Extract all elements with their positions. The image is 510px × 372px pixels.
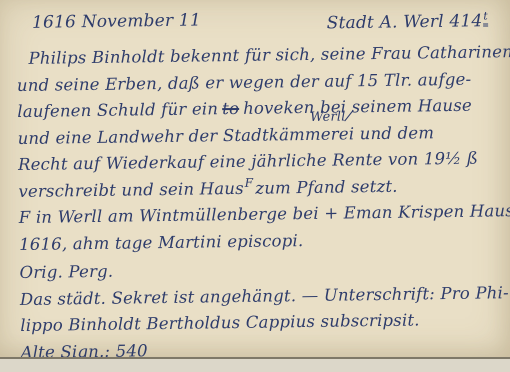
- text-line-6-after: zum Pfand setzt.: [255, 176, 398, 197]
- strikethrough-word: to: [222, 99, 239, 118]
- card-header: 1616 November 11 Stadt A. Werl 414t: [0, 0, 510, 41]
- interline-insertion-word: Werll: [310, 109, 346, 124]
- text-line-3-after: hoveken bei seinem Hause: [243, 96, 472, 118]
- text-line-4-before: und eine Landwehr der Stadtkämmerei: [18, 124, 355, 148]
- interline-insertion: Werll/: [310, 109, 352, 124]
- entry-body: Philips Binholdt bekennt für sich, seine…: [0, 34, 510, 357]
- archive-reference: Stadt A. Werl 414t: [326, 3, 488, 36]
- handwritten-content: 1616 November 11 Stadt A. Werl 414t Phil…: [0, 0, 510, 357]
- archival-index-card: 1616 November 11 Stadt A. Werl 414t Phil…: [0, 0, 510, 357]
- footnote-text: in Werll am Wintmüllenberge bei + Eman K…: [36, 201, 510, 227]
- text-line-6-before: verschreibt und sein Haus: [18, 179, 244, 201]
- card-bottom-edge: [0, 357, 510, 372]
- footnote-marker: F: [19, 208, 31, 227]
- footnote-reference-mark: F: [245, 176, 254, 190]
- text-line-4-after: und dem: [354, 123, 434, 143]
- archive-reference-superscript: t: [483, 9, 488, 26]
- text-line-3-before: laufenen Schuld für ein: [17, 99, 218, 121]
- archive-reference-text: Stadt A. Werl 414: [327, 11, 483, 33]
- entry-date: 1616 November 11: [32, 7, 201, 36]
